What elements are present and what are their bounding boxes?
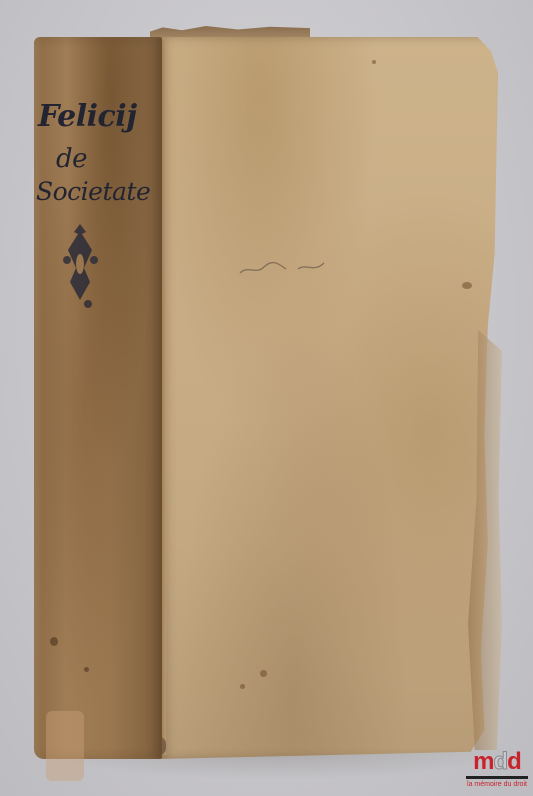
spine-ornament-icon: [58, 220, 102, 310]
spine-stain: [50, 637, 58, 646]
cover-stain: [260, 670, 267, 677]
spine-worn-patch: [46, 711, 84, 781]
book-photograph: Felicij de Societate mdd la mémoire du d…: [0, 0, 533, 796]
cover-stain: [462, 282, 472, 289]
cover-stain: [240, 684, 245, 689]
front-cover: [158, 37, 498, 759]
mdd-logo-bar: [466, 776, 528, 779]
mdd-logo-mark: mdd: [462, 751, 532, 773]
mdd-logo: mdd la mémoire du droit: [462, 751, 532, 788]
mdd-logo-tagline: la mémoire du droit: [462, 781, 532, 788]
cover-pencil-scribble: [238, 255, 338, 279]
cover-stain: [372, 60, 376, 64]
spine-stain: [84, 667, 89, 672]
spine-title-line-1: Felicij: [38, 99, 166, 134]
book-spine: Felicij de Societate: [34, 37, 162, 759]
spine-title-line-3: Societate: [36, 177, 164, 206]
spine-title-line-2: de: [56, 144, 184, 174]
